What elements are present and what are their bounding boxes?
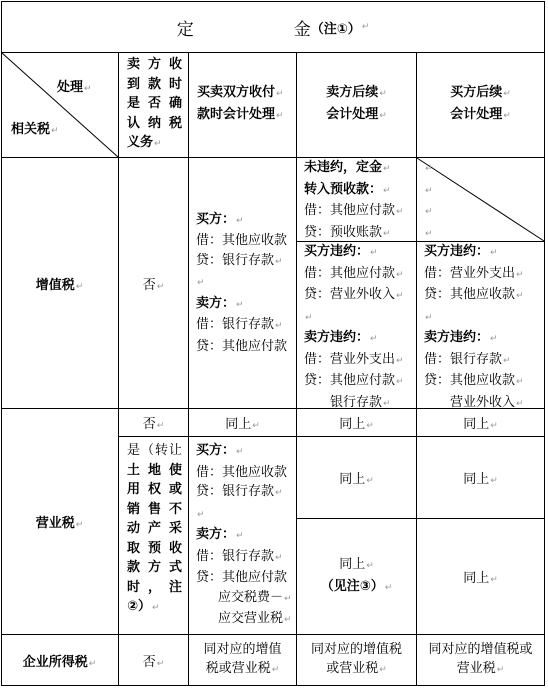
it-payment-cell: 同对应的增值 税或营业税↵ — [189, 635, 296, 685]
it-recognize-cell: 否↵ — [119, 635, 188, 685]
bt-payment-seller-credit2: 应交税费－↵ — [196, 588, 296, 610]
vat-payment-buyer-debit: 借：其他应收款 — [196, 231, 296, 251]
vat-payment-seller-debit: 借：银行存款↵ — [196, 315, 296, 337]
header-corner-top: 处理↵ — [57, 76, 92, 95]
vat-no-breach-credit: 贷：预收账款↵ — [304, 223, 416, 245]
bt-label: 营业税↵ — [36, 512, 84, 531]
vat-buyer-buyer-breach-title: 买方违约：↵ — [424, 242, 544, 264]
header-payment-line: 买卖双方收付↵ — [197, 83, 296, 105]
bt-label-cell: 营业税↵ — [1, 409, 118, 634]
header-recognize-line: 卖方收 — [127, 55, 182, 75]
header-buyer-line: 买方后续↵ — [450, 83, 511, 105]
header-recognize-line: 认纳税 — [127, 114, 182, 134]
vat-no-breach-debit: 借：其他应付款↵ — [304, 201, 416, 223]
vat-no-breach-title: 未违约，定金↵ — [304, 158, 416, 180]
bt-sub2-recognize-cell: 是（转让 土地使 用权或 销售不 动产采 取预收 款方式 时，注 ②）↵ — [119, 437, 188, 634]
vat-buyer-buyer-breach-credit: 贷：其他应收款↵ — [424, 285, 544, 307]
paragraph-mark: ↵ — [362, 22, 370, 32]
header-seller-line: 卖方后续↵ — [326, 83, 387, 105]
vat-no-breach-title2: 转入预收款：↵ — [304, 180, 416, 202]
vat-buyer-breach-cell: 买方违约：↵ 借：营业外支出↵ 贷：其他应收款↵ ↵ 卖方违约：↵ 借：银行存款… — [417, 242, 544, 408]
bt-sub2-payment-cell: 买方：↵ 借：其他应收款 贷：银行存款↵ ↵ 卖方：↵ 借：银行存款↵ 贷：其他… — [189, 437, 296, 634]
vat-buyer-buyer-breach-debit: 借：营业外支出↵ — [424, 264, 544, 286]
it-seller-cell: 同对应的增值税 或营业税↵ — [297, 635, 416, 685]
title-part1: 定 — [177, 15, 194, 40]
vat-payment-seller-credit: 贷：其他应付款 — [196, 337, 296, 357]
bt-payment-buyer-credit: 贷：银行存款↵ — [196, 482, 296, 504]
vat-buyer-seller-breach-credit: 贷：其他应收款↵ — [424, 371, 544, 393]
header-corner-bottom: 相关税↵ — [11, 118, 59, 137]
header-recognize-cell: 卖方收 到款时 是否确 认纳税 义务↵ — [119, 52, 188, 157]
vat-payment-buyer-credit: 贷：银行存款↵ — [196, 251, 296, 273]
bt-payment-buyer-title: 买方：↵ — [196, 441, 296, 463]
vat-buyer-seller-breach-title: 卖方违约：↵ — [424, 328, 544, 350]
vat-recognize-cell: 否↵ — [119, 158, 188, 408]
vat-recognize: 否↵ — [143, 274, 165, 293]
vat-seller-seller-breach-title: 卖方违约：↵ — [304, 328, 416, 350]
header-payment-line: 款时会计处理↵ — [197, 105, 296, 127]
it-buyer-cell: 同对应的增值税或 营业税↵ — [417, 635, 544, 685]
it-label-cell: 企业所得税↵ — [1, 635, 118, 685]
table-title: 定 金 （注①） ↵ — [1, 1, 545, 53]
header-recognize-line: 到款时 — [127, 75, 182, 95]
bt-note-3: （见注③）↵ — [321, 577, 393, 599]
vat-payment-blank: ↵ — [196, 272, 296, 294]
vat-seller-buyer-breach-credit: 贷：营业外收入↵ — [304, 285, 416, 307]
header-seller-line: 会计处理↵ — [326, 105, 387, 127]
bt-sub2-seller-a-cell: 同上↵ — [297, 437, 416, 518]
bt-sub1-buyer-cell: 同上↵ — [417, 409, 544, 436]
vat-payment-buyer-title: 买方：↵ — [196, 210, 296, 232]
vat-seller-seller-breach-credit: 贷：其他应付款↵ — [304, 371, 416, 393]
vat-buyer-empty-cell: ↵ ↵ ↵ ↵ — [417, 158, 544, 241]
bt-sub2-buyer-b-cell: 同上↵ — [417, 519, 544, 634]
vat-seller-buyer-breach-title: 买方违约：↵ — [304, 242, 416, 264]
vat-seller-buyer-breach-debit: 借：其他应付款↵ — [304, 264, 416, 286]
bt-sub2-buyer-a-cell: 同上↵ — [417, 437, 544, 518]
vat-seller-seller-breach-debit: 借：营业外支出↵ — [304, 350, 416, 372]
bt-sub1-payment-cell: 同上↵ — [189, 409, 296, 436]
bt-payment-seller-title: 卖方：↵ — [196, 525, 296, 547]
vat-seller-breach-cell: 买方违约：↵ 借：其他应付款↵ 贷：营业外收入↵ ↵ 卖方违约：↵ 借：营业外支… — [297, 242, 416, 408]
vat-seller-no-breach-cell: 未违约，定金↵ 转入预收款：↵ 借：其他应付款↵ 贷：预收账款↵ — [297, 158, 416, 241]
header-recognize-line: 是否确 — [127, 94, 182, 114]
bt-payment-seller-credit: 贷：其他应付款 — [196, 568, 296, 588]
vat-payment-seller-title: 卖方：↵ — [196, 294, 296, 316]
vat-label-cell: 增值税↵ — [1, 158, 118, 408]
vat-label: 增值税↵ — [36, 274, 84, 293]
vat-payment-cell: 买方：↵ 借：其他应收款 贷：银行存款↵ ↵ 卖方：↵ 借：银行存款↵ 贷：其他… — [189, 158, 296, 408]
bt-sub1-seller-cell: 同上↵ — [297, 409, 416, 436]
bt-payment-buyer-debit: 借：其他应收款 — [196, 463, 296, 483]
bt-sub1-recognize-cell: 否↵ — [119, 409, 188, 436]
header-corner-cell: 处理↵ 相关税↵ — [1, 52, 118, 157]
header-seller-cell: 卖方后续↵ 会计处理↵ — [297, 52, 416, 157]
bt-payment-seller-debit: 借：银行存款↵ — [196, 547, 296, 569]
bt-payment-seller-credit3: 应交营业税↵ — [196, 609, 296, 631]
header-buyer-cell: 买方后续↵ 会计处理↵ — [417, 52, 544, 157]
title-note: （注①） — [311, 18, 361, 37]
title-part2: 金 — [294, 15, 311, 40]
vat-buyer-seller-breach-debit: 借：银行存款↵ — [424, 350, 544, 372]
bt-sub2-seller-b-cell: 同上↵ （见注③）↵ — [297, 519, 416, 634]
header-buyer-line: 会计处理↵ — [450, 105, 511, 127]
header-payment-cell: 买卖双方收付↵ 款时会计处理↵ — [189, 52, 296, 157]
header-recognize-line: 义务↵ — [127, 133, 182, 155]
